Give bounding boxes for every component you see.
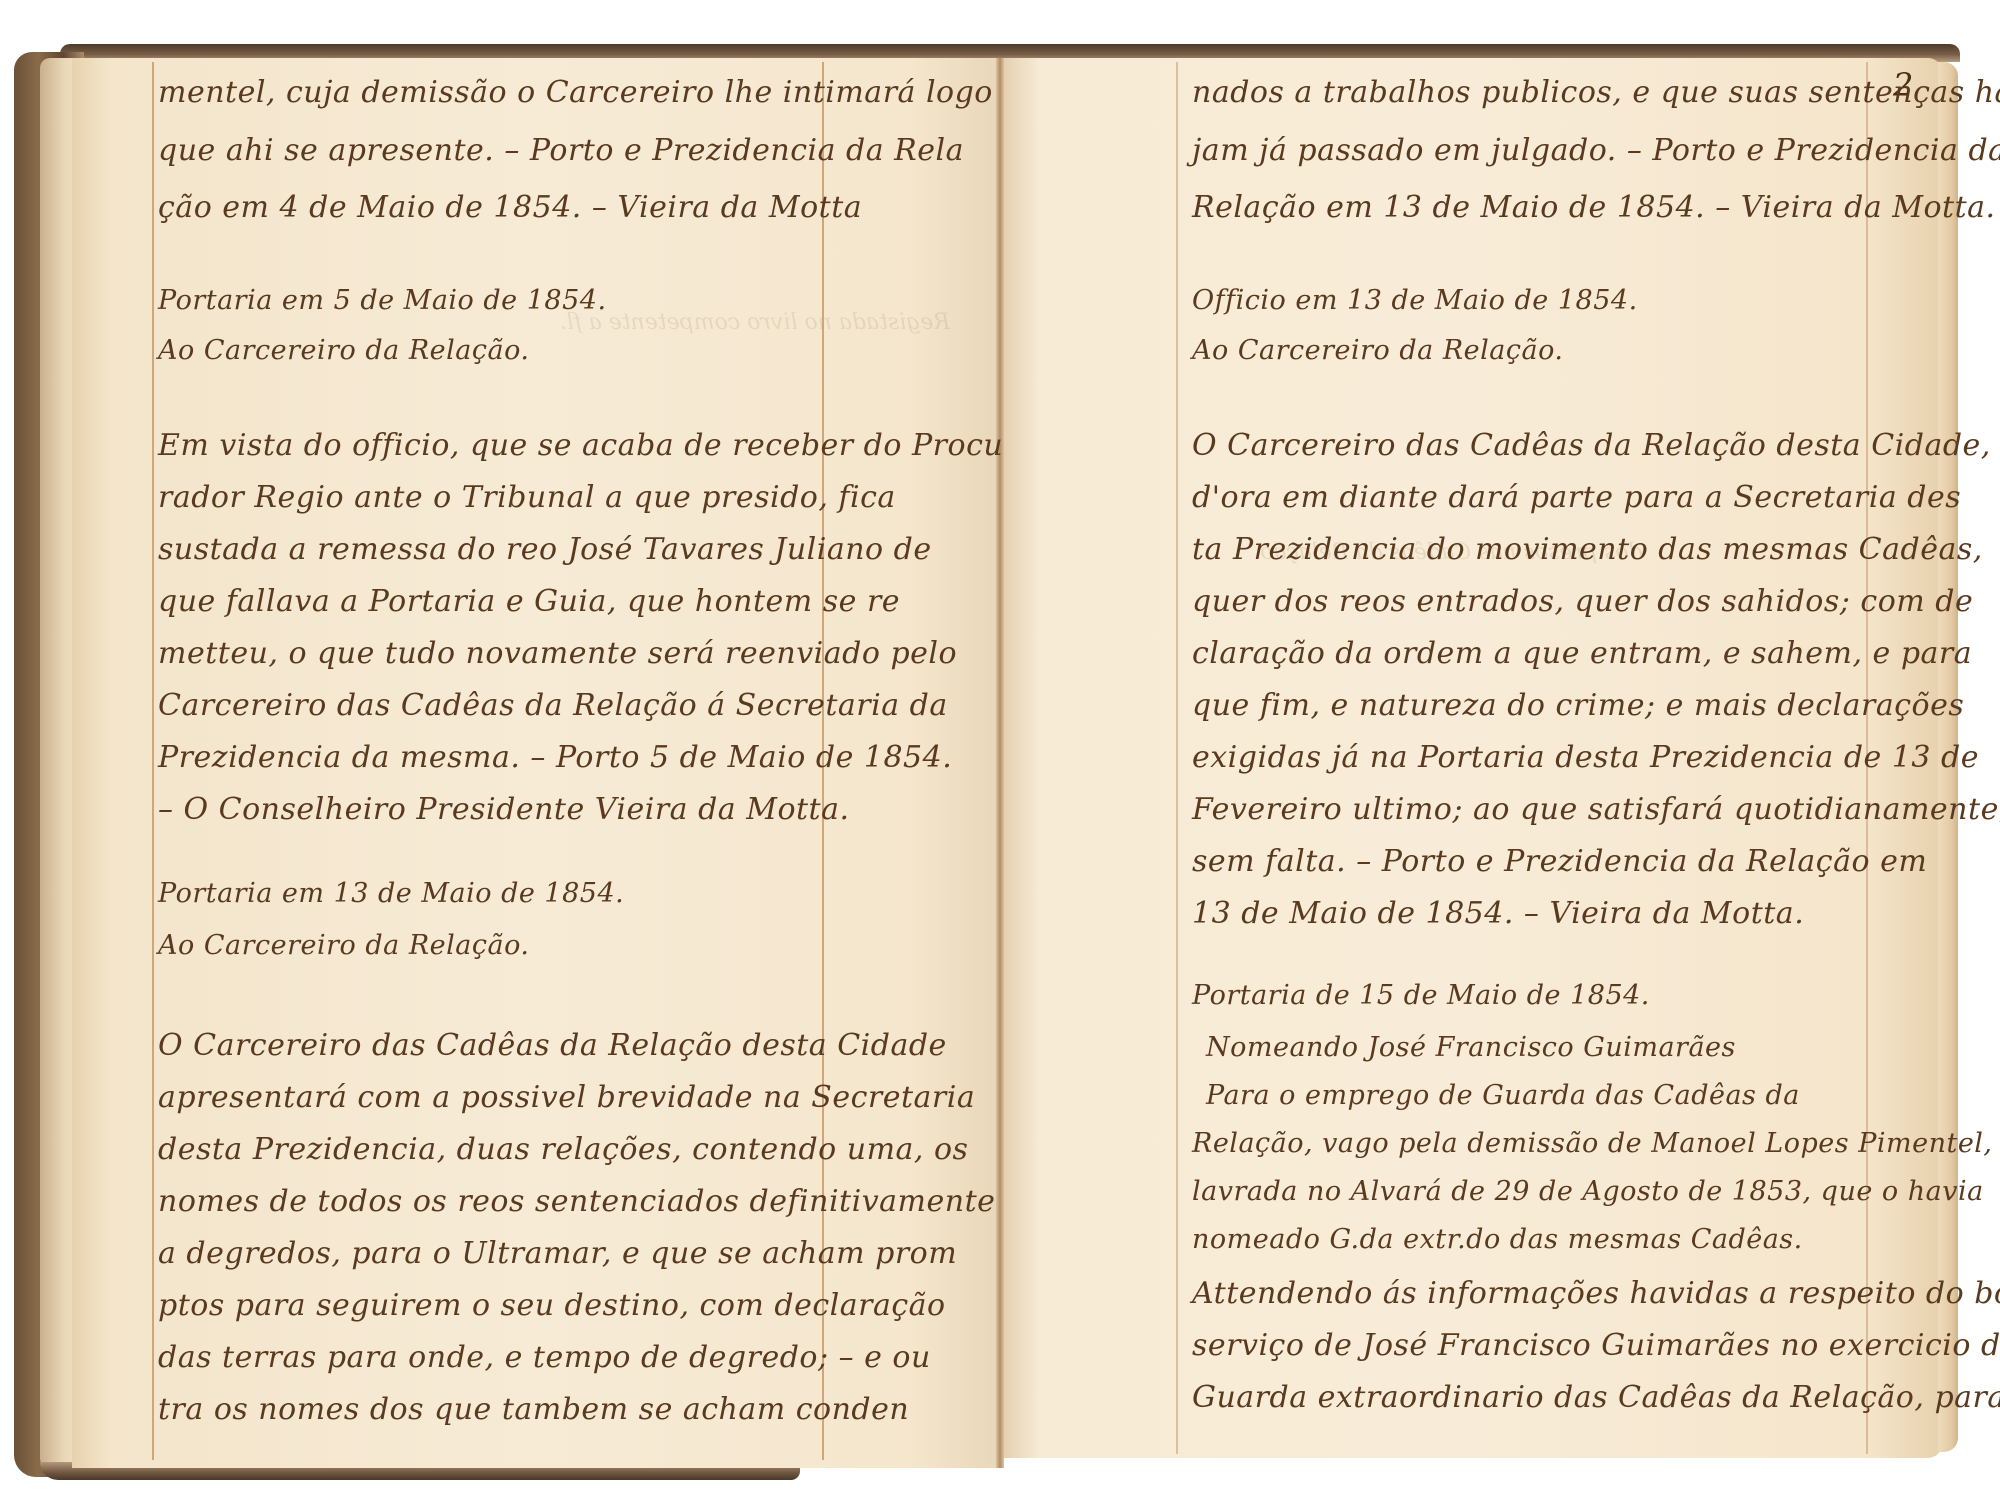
manuscript-line: ta Prezidencia do movimento das mesmas C… [1192,532,1983,567]
entry-heading-line: Portaria em 13 de Maio de 1854. [158,878,624,909]
manuscript-line: sustada a remessa do reo José Tavares Ju… [158,532,932,567]
manuscript-line: que fim, e natureza do crime; e mais dec… [1192,688,1964,723]
manuscript-line: Carcereiro das Cadêas da Relação á Secre… [158,688,948,723]
manuscript-line: mentel, cuja demissão o Carcereiro lhe i… [158,75,993,110]
manuscript-line: ção em 4 de Maio de 1854. – Vieira da Mo… [158,190,862,225]
entry-heading-line: Ao Carcereiro da Relação. [158,930,529,961]
manuscript-line: quer dos reos entrados, quer dos sahidos… [1192,584,1973,619]
manuscript-line: tra os nomes dos que tambem se acham con… [158,1392,909,1427]
entry-heading-line: Portaria de 15 de Maio de 1854. [1192,980,1650,1011]
entry-heading-line: Para o emprego de Guarda das Cadêas da [1206,1080,1800,1111]
right-page-margin-rule-left [1176,62,1178,1454]
entry-heading-line: Ao Carcereiro da Relação. [1192,335,1563,366]
entry-heading-line: nomeado G.da extr.do das mesmas Cadêas. [1192,1224,1803,1255]
manuscript-line: serviço de José Francisco Guimarães no e… [1192,1328,2000,1363]
right-page-text: nados a trabalhos publicos, e que suas s… [1192,0,1872,1502]
manuscript-line: Attendendo ás informações havidas a resp… [1192,1276,2000,1311]
manuscript-line: d'ora em diante dará parte para a Secret… [1192,480,1961,515]
manuscript-line: O Carcereiro das Cadêas da Relação desta… [1192,428,1991,463]
manuscript-line: que ahi se apresente. – Porto e Preziden… [158,133,964,168]
entry-heading-line: Portaria em 5 de Maio de 1854. [158,285,607,316]
entry-heading-line: Officio em 13 de Maio de 1854. [1192,285,1638,316]
manuscript-line: desta Prezidencia, duas relações, conten… [158,1132,968,1167]
manuscript-line: – O Conselheiro Presidente Vieira da Mot… [158,792,850,827]
manuscript-line: Fevereiro ultimo; ao que satisfará quoti… [1192,792,2000,827]
manuscript-line: Guarda extraordinario das Cadêas da Rela… [1192,1380,2000,1415]
book-gutter [996,58,1004,1468]
manuscript-line: metteu, o que tudo novamente será reenvi… [158,636,957,671]
manuscript-line: ptos para seguirem o seu destino, com de… [158,1288,946,1323]
manuscript-line: jam já passado em julgado. – Porto e Pre… [1192,133,2000,168]
manuscript-line: Relação em 13 de Maio de 1854. – Vieira … [1192,190,1996,225]
entry-heading-line: Ao Carcereiro da Relação. [158,335,529,366]
entry-heading-line: lavrada no Alvará de 29 de Agosto de 185… [1192,1176,1984,1207]
entry-heading-line: Relação, vago pela demissão de Manoel Lo… [1192,1128,1993,1159]
entry-heading-line: Nomeando José Francisco Guimarães [1206,1032,1736,1063]
manuscript-line: rador Regio ante o Tribunal a que presid… [158,480,896,515]
left-page-text: mentel, cuja demissão o Carcereiro lhe i… [158,0,822,1502]
manuscript-line: que fallava a Portaria e Guia, que honte… [158,584,900,619]
manuscript-line: apresentará com a possivel brevidade na … [158,1080,975,1115]
manuscript-line: a degredos, para o Ultramar, e que se ac… [158,1236,957,1271]
manuscript-line: Em vista do officio, que se acaba de rec… [158,428,1003,463]
manuscript-line: nomes de todos os reos sentenciados defi… [158,1184,995,1219]
manuscript-line: O Carcereiro das Cadêas da Relação desta… [158,1028,947,1063]
left-page-margin-rule-left [152,62,154,1460]
manuscript-line: Prezidencia da mesma. – Porto 5 de Maio … [158,740,952,775]
manuscript-line: 13 de Maio de 1854. – Vieira da Motta. [1192,896,1804,931]
manuscript-line: das terras para onde, e tempo de degredo… [158,1340,931,1375]
manuscript-line: sem falta. – Porto e Prezidencia da Rela… [1192,844,1927,879]
open-ledger-book: Registada no livro competente a fl. dos … [0,0,2000,1502]
manuscript-line: claração da ordem a que entram, e sahem,… [1192,636,1972,671]
manuscript-line: exigidas já na Portaria desta Prezidenci… [1192,740,1979,775]
manuscript-line: nados a trabalhos publicos, e que suas s… [1192,75,2000,110]
